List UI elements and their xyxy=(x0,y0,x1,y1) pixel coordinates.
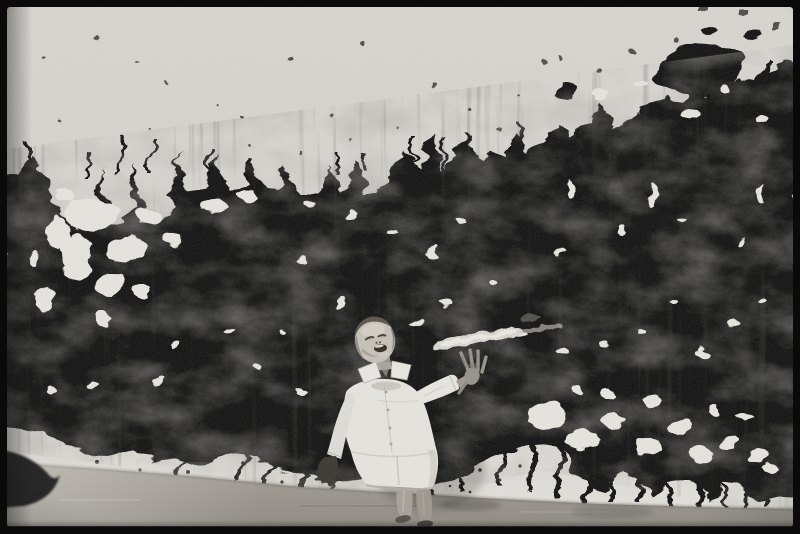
photo-image: Black-and-white photograph: a young chil… xyxy=(0,0,800,534)
photograph: Black-and-white photograph: a young chil… xyxy=(0,0,800,534)
vignette xyxy=(0,0,800,534)
